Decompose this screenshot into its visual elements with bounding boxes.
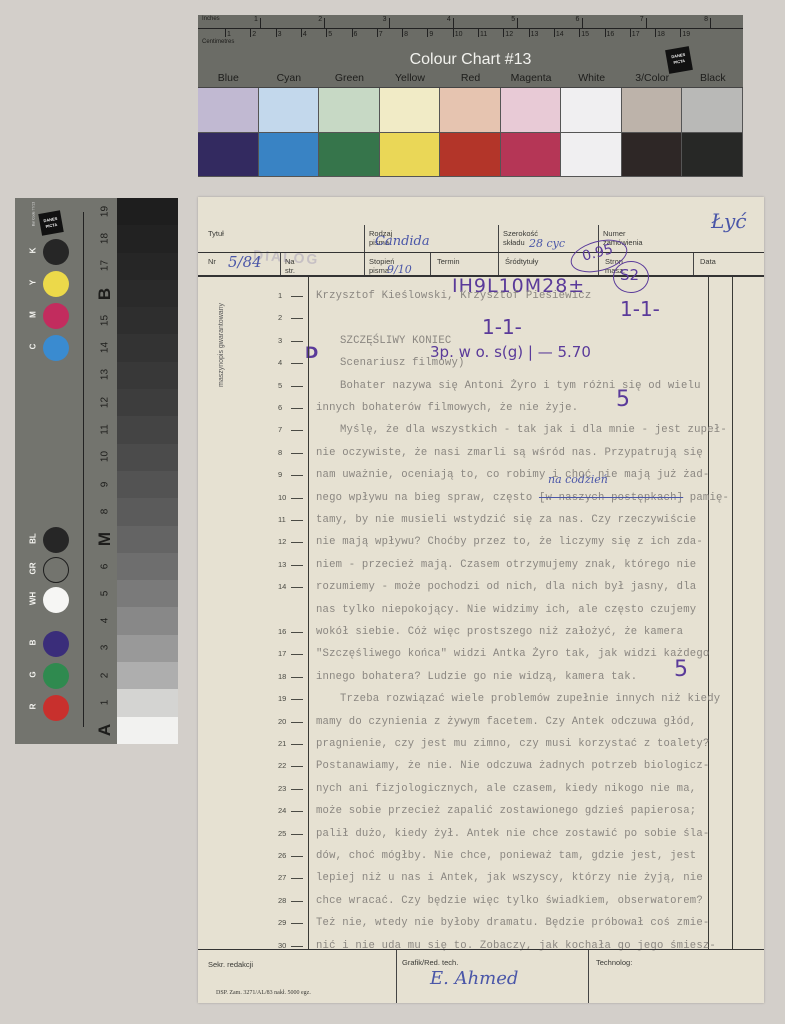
inch-mark: 7 [640,16,644,23]
line-text: nych ani fizjologicznych, ale czasem, ki… [316,783,696,795]
colour-dot-label: K [29,241,38,261]
colour-dot-label: WH [29,589,38,609]
typescript-line: dów, choć mógłby. Nie chce, ponieważ tam… [316,850,756,862]
colour-dot-y [43,271,69,297]
colour-dot-label: C [29,337,38,357]
rodzaj-cell: Rodzaj pisma Candida [364,225,365,253]
grey-scale-number: 2 [100,665,111,685]
line-text: wokół siebie. Cóż więc prostszego niż za… [316,626,683,638]
grey-step [117,307,178,334]
footer-divider [588,950,589,1003]
print-info: DSP. Zam. 3271/AL/83 nakł. 5000 egz. [216,990,311,996]
szerokosc-value: 28 cyc [529,237,565,250]
cm-mark: 2 [252,31,256,38]
grey-step [117,607,178,634]
grey-scale-number: 8 [100,501,111,521]
typescript-line: chce wracać. Czy będzie więc tylko świad… [316,895,756,907]
inch-mark: 8 [704,16,708,23]
cm-mark: 6 [354,31,358,38]
patch-name: Red [440,72,501,84]
cm-mark: 17 [632,31,640,38]
line-number: 2 [278,313,308,322]
line-text: nie mają wpływu? Choćby przez to, że lic… [316,536,703,548]
rodzaj-value: Candida [375,234,430,249]
line-text: dów, choć mógłby. Nie chce, ponieważ tam… [316,850,696,862]
cm-mark: 1 [227,31,231,38]
line-text-after: pamię- [683,492,729,504]
cm-mark: 18 [657,31,665,38]
ruler-tick [250,28,251,37]
grey-scale-number: 19 [100,201,111,221]
colour-patch [561,133,622,178]
patch-name: Green [319,72,380,84]
line-number: 20 [278,717,308,726]
typescript-line: "Szczęśliwego końca" widzi Antka Żyro ta… [316,648,756,660]
line-text: Trzeba rozwiązać wiele problemów zupełni… [340,693,720,705]
cm-mark: 4 [303,31,307,38]
grey-step [117,444,178,471]
typescript-line: Postanawiamy, że nie. Nie odczuwa żadnyc… [316,760,756,772]
form-footer: Sekr. redakcji Grafik/Red. tech. E. Ahme… [198,949,764,1003]
grey-scale-divider [83,212,84,727]
typescript-line: nych ani fizjologicznych, ale czasem, ki… [316,783,756,795]
typescript-line: wokół siebie. Cóż więc prostszego niż za… [316,626,756,638]
cm-mark: 7 [379,31,383,38]
grey-scale-number: 14 [100,338,111,358]
grey-step [117,689,178,716]
patch-name: Cyan [259,72,320,84]
line-number: 26 [278,851,308,860]
cm-mark: 13 [531,31,539,38]
typescript-line: rozumiemy - może pochodzi od nich, dla n… [316,581,756,593]
ruler-tick [453,28,454,37]
line-number: 29 [278,918,308,927]
typescript-line: Krzysztof Kieślowski, Krzysztof Piesiewi… [316,290,756,302]
line-text: palił dużo, kiedy żył. Antek nie chce zo… [316,828,709,840]
colour-patch [319,88,380,133]
grey-scale-number: 9 [100,474,111,494]
ruler-cm-label: Centimetres [202,39,234,45]
typescript-line: Też nie, wtedy nie byłoby dramatu. Będzi… [316,917,756,929]
grey-step [117,553,178,580]
line-text: niem - przecież mają. Czasem otrzymujemy… [316,559,696,571]
manuscript-page: Tytuł DIALOG Rodzaj pisma Candida Szerok… [198,197,764,1003]
line-number: 23 [278,784,308,793]
line-text: Postanawiamy, że nie. Nie odczuwa żadnyc… [316,760,709,772]
line-number: 28 [278,896,308,905]
patch-name: Yellow [380,72,441,84]
ruler: Inches Centimetres 12345678 123456789101… [198,15,743,47]
line-text: "Szczęśliwego końca" widzi Antka Żyro ta… [316,648,709,660]
cm-mark: 9 [429,31,433,38]
cm-mark: 8 [404,31,408,38]
grey-step [117,389,178,416]
form-header-row-2: Nr 5/84 Na str. Stopień pisma 9/10 Termi… [198,253,764,275]
patch-name: Blue [198,72,259,84]
grey-scale-number: 1 [100,693,111,713]
grey-step [117,253,178,280]
left-margin-rule [308,277,309,949]
colour-dot-label: GR [29,559,38,579]
inch-mark: 2 [318,16,322,23]
line-text: nas tylko niepokojący. Nie widzimy ich, … [316,604,696,616]
line-text: Bohater nazywa się Antoni Żyro i tym róż… [340,380,701,392]
colour-patch [561,88,622,133]
cm-mark: 15 [581,31,589,38]
colour-patch [380,88,441,133]
colour-dot-k [43,239,69,265]
line-text: tamy, by nie musieli wstydzić się za nas… [316,514,696,526]
line-number: 17 [278,649,308,658]
cm-mark: 10 [455,31,463,38]
typescript-line: Myślę, że dla wszystkich - tak jak i dla… [316,424,756,436]
colour-patch [622,88,683,133]
patch-name: Magenta [501,72,562,84]
colour-dot-label: R [29,697,38,717]
colour-dot-label: BL [29,529,38,549]
line-number: 24 [278,806,308,815]
colour-dot-c [43,335,69,361]
colour-patch [682,88,743,133]
line-text: Scenariusz filmowy) [340,357,465,369]
barcode-label: Bar Code 77/13 [31,202,35,227]
typescript-line: SZCZĘŚLIWY KONIEC [316,335,756,347]
line-text: nie oczywiste, że nasi zmarli są wśród n… [316,447,703,459]
signature: E. Ahmed [430,968,518,989]
colour-patch [319,133,380,178]
grey-step [117,416,178,443]
brand-logo: DANES PICTA [38,210,63,235]
numer-value: Łyć [711,209,747,233]
data-cell: Data [693,253,694,275]
typescript-line: innych bohaterów filmowych, że nie żyje. [316,402,756,414]
grey-step [117,526,178,553]
grafik-label: Grafik/Red. tech. [402,958,458,967]
inch-mark: 5 [511,16,515,23]
ruler-tick [655,28,656,37]
colour-patch [198,133,259,178]
colour-patches [198,87,743,177]
typescript-line: lepiej niż u nas i Antek, jak wszyscy, k… [316,872,756,884]
colour-patch [198,88,259,133]
colour-patch [259,88,320,133]
line-text: SZCZĘŚLIWY KONIEC [340,335,451,347]
line-number: 8 [278,448,308,457]
grey-step [117,717,178,744]
ruler-tick [680,28,681,37]
line-text: innych bohaterów filmowych, że nie żyje. [316,402,578,414]
colour-dot-label: Y [29,273,38,293]
sekr-label: Sekr. redakcji [208,960,253,969]
line-text: lepiej niż u nas i Antek, jak wszyscy, k… [316,872,703,884]
nastr-label: Na str. [285,257,295,275]
ruler-tick [324,18,325,28]
ruler-inches-label: Inches [202,16,220,22]
colour-dot-g [43,663,69,689]
grey-step [117,362,178,389]
line-text: może sobie przecież zapalić zostawionego… [316,805,696,817]
typescript-line: Trzeba rozwiązać wiele problemów zupełni… [316,693,756,705]
colour-dot-wh [43,587,69,613]
ruler-tick [579,28,580,37]
line-text: Krzysztof Kieślowski, Krzysztof Piesiewi… [316,290,591,302]
line-text: nam uważnie, oceniają to, co robimy i ch… [316,469,709,481]
nastr-cell: Na str. [280,253,281,275]
grey-scale-chart: Bar Code 77/13 DANES PICTA Grey Scale #1… [15,198,178,744]
data-label: Data [700,257,716,266]
line-number: 10 [278,493,308,502]
line-text: mamy do czynienia z żywym facetem. Czy A… [316,716,696,728]
colour-dot-b [43,631,69,657]
grey-step [117,225,178,252]
colour-dot-r [43,695,69,721]
cm-mark: 16 [607,31,615,38]
colour-dot-label: M [29,305,38,325]
ruler-tick [377,28,378,37]
ruler-tick [402,28,403,37]
line-number: 13 [278,560,308,569]
line-number: 22 [278,761,308,770]
line-text: pragnienie, czy jest mu zimno, czy musi … [316,738,709,750]
line-text: nego wpływu na bieg spraw, często [316,492,532,504]
grey-step [117,580,178,607]
ruler-tick [301,28,302,37]
line-text: Też nie, wtedy nie byłoby dramatu. Będzi… [316,917,709,929]
line-number: 27 [278,873,308,882]
ruler-tick [352,28,353,37]
grey-scale-number: 4 [100,611,111,631]
line-text: innego bohatera? Ludzie go nie widzą, ka… [316,671,637,683]
ruler-tick [554,28,555,37]
grey-step [117,280,178,307]
grey-scale-number: 12 [100,392,111,412]
termin-cell: Termin [430,253,431,275]
line-text: Myślę, że dla wszystkich - tak jak i dla… [340,424,727,436]
line-number: 6 [278,403,308,412]
grey-step [117,662,178,689]
colour-patch [622,133,683,178]
nr-label: Nr [208,257,216,266]
line-number: 7 [278,425,308,434]
technolog-label: Technolog: [596,958,632,967]
grey-steps [117,198,178,744]
colour-chart-title: Colour Chart #13 [198,51,743,69]
colour-dot-bl [43,527,69,553]
ruler-tick [427,28,428,37]
grey-scale-number: 11 [100,420,111,440]
line-number: 4 [278,358,308,367]
ruler-tick [225,28,226,37]
colour-patch [259,133,320,178]
termin-label: Termin [437,257,460,266]
colour-dot-label: B [29,633,38,653]
ruler-tick [646,18,647,28]
grey-step [117,198,178,225]
line-text: chce wracać. Czy będzie więc tylko świad… [316,895,703,907]
inch-mark: 4 [447,16,451,23]
ruler-tick [630,28,631,37]
grey-step [117,635,178,662]
ruler-tick [529,28,530,37]
grey-scale-number: 6 [100,556,111,576]
szerokosc-cell: Szerokość składu 28 cyc [498,225,499,253]
typescript-line: nie mają wpływu? Choćby przez to, że lic… [316,536,756,548]
ruler-tick [605,28,606,37]
grey-scale-letter: B [95,282,115,306]
line-number: 9 [278,470,308,479]
cm-mark: 11 [480,31,487,38]
footer-divider [396,950,397,1003]
ruler-tick [453,18,454,28]
srodtytuly-cell: Śródtytuły [498,253,499,275]
cm-mark: 14 [556,31,564,38]
ruler-tick [326,28,327,37]
patch-name-row: BlueCyanGreenYellowRedMagentaWhite3/Colo… [198,72,743,84]
line-number: 5 [278,381,308,390]
typescript-line: może sobie przecież zapalić zostawionego… [316,805,756,817]
typescript-line: niem - przecież mają. Czasem otrzymujemy… [316,559,756,571]
line-number: 12 [278,537,308,546]
colour-patch [380,133,441,178]
grey-scale-number: 13 [100,365,111,385]
line-number: 11 [278,515,308,524]
stopien-cell: Stopień pisma 9/10 [364,253,365,275]
cm-mark: 12 [505,31,513,38]
patch-name: Black [683,72,744,84]
colour-patch [440,88,501,133]
inch-mark: 6 [576,16,580,23]
colour-dot-label: G [29,665,38,685]
grey-scale-number: 5 [100,583,111,603]
typescript-line: tamy, by nie musieli wstydzić się za nas… [316,514,756,526]
line-number: 18 [278,672,308,681]
colour-patch [501,88,562,133]
cm-mark: 19 [682,31,690,38]
line-number: 25 [278,829,308,838]
ruler-tick [582,18,583,28]
inch-mark: 1 [254,16,258,23]
colour-dot-gr [43,557,69,583]
patch-name: 3/Color [622,72,683,84]
colour-patch [682,133,743,178]
grey-scale-letter: M [95,527,115,551]
typescript-line: Scenariusz filmowy) [316,357,756,369]
grey-scale-number: 15 [100,310,111,330]
ruler-tick [478,28,479,37]
cm-mark: 3 [278,31,282,38]
typescript-line: nam uważnie, oceniają to, co robimy i ch… [316,469,756,481]
struck-text: [w naszych postępkach] [539,492,683,504]
grey-scale-letter: A [95,718,115,742]
typescript-line: nas tylko niepokojący. Nie widzimy ich, … [316,604,756,616]
typescript-line: nie oczywiste, że nasi zmarli są wśród n… [316,447,756,459]
ruler-tick [260,18,261,28]
ruler-tick [710,18,711,28]
typescript-line: innego bohatera? Ludzie go nie widzą, ka… [316,671,756,683]
colour-patch [501,133,562,178]
patch-name: White [561,72,622,84]
line-number: 3 [278,336,308,345]
ruler-tick [276,28,277,37]
cm-mark: 5 [328,31,332,38]
line-number: 14 [278,582,308,591]
line-number: 21 [278,739,308,748]
grey-step [117,334,178,361]
ruler-tick [389,18,390,28]
colour-dot-m [43,303,69,329]
nr-value: 5/84 [228,253,262,271]
form-header-row-1: Tytuł DIALOG Rodzaj pisma Candida Szerok… [198,225,764,253]
line-number: 1 [278,291,308,300]
line-number: 16 [278,627,308,636]
ruler-tick [503,28,504,37]
grey-scale-number: 18 [100,228,111,248]
srodtytuly-label: Śródtytuły [505,257,538,266]
line-number: 19 [278,694,308,703]
tytul-label: Tytuł [208,229,224,238]
inch-mark: 3 [383,16,387,23]
typescript-line: palił dużo, kiedy żył. Antek nie chce zo… [316,828,756,840]
grey-step [117,471,178,498]
typescript-line: Bohater nazywa się Antoni Żyro i tym róż… [316,380,756,392]
annotation-s2: S2 [620,266,639,284]
grey-scale-number: 3 [100,638,111,658]
typescript-line: mamy do czynienia z żywym facetem. Czy A… [316,716,756,728]
grey-scale-number: 17 [100,256,111,276]
grey-scale-number: 10 [100,447,111,467]
typescript-line: nego wpływu na bieg spraw, często [w nas… [316,492,756,504]
ruler-midline [198,28,743,29]
gutter-note: maszynopis gwarantowany [218,303,225,387]
typescript-line: pragnienie, czy jest mu zimno, czy musi … [316,738,756,750]
brand-logo: DANES PICTA [665,46,693,74]
grey-step [117,498,178,525]
ruler-tick [517,18,518,28]
colour-chart: Inches Centimetres 12345678 123456789101… [198,15,743,177]
colour-patch [440,133,501,178]
line-text: rozumiemy - może pochodzi od nich, dla n… [316,581,696,593]
